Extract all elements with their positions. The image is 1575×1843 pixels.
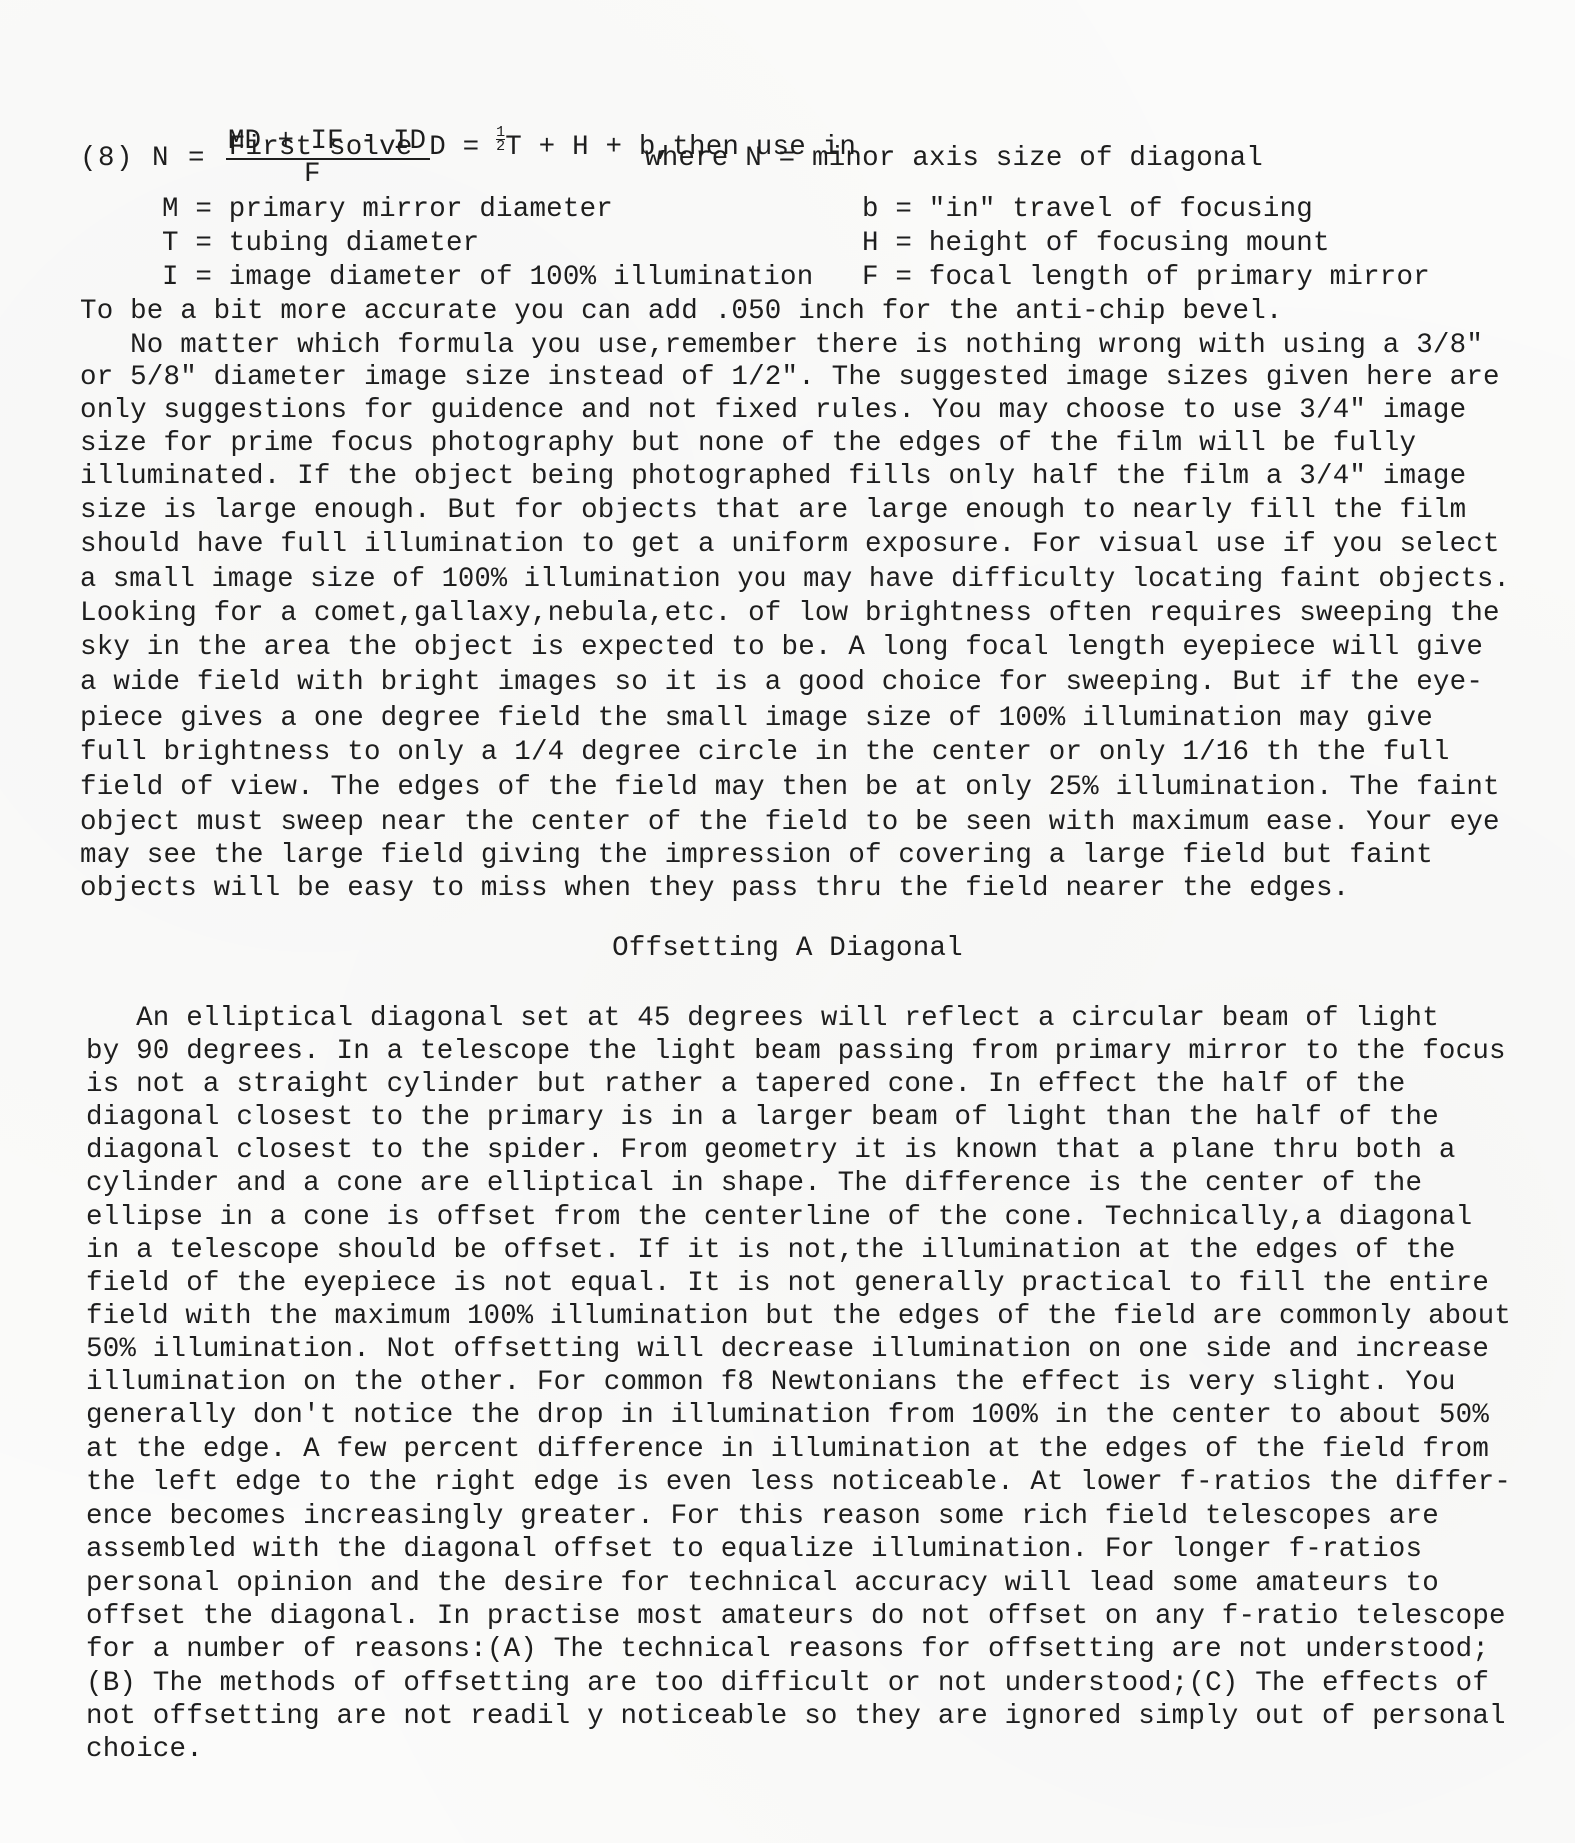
one-half-fraction: 12 [496,126,505,153]
paragraph-line: a wide field with bright images so it is… [80,667,1483,699]
paragraph-line: (B) The methods of offsetting are too di… [86,1668,1489,1700]
paragraph-line: An elliptical diagonal set at 45 degrees… [86,1003,1439,1035]
equation-where: where N = minor axis size of diagonal [645,143,1263,175]
paragraph-line: field with the maximum 100% illumination… [86,1301,1511,1333]
equation-numerator: MD + IF - ID [228,126,426,158]
paragraph-line: Looking for a comet,gallaxy,nebula,etc. … [80,598,1500,630]
definition-f: F = focal length of primary mirror [862,262,1430,294]
definition-i: I = image diameter of 100% illumination [162,262,813,294]
definition-m: M = primary mirror diameter [162,194,613,226]
paragraph-line: piece gives a one degree field the small… [80,703,1433,735]
paragraph-line: the left edge to the right edge is even … [86,1467,1511,1499]
paragraph-line: size for prime focus photography but non… [80,428,1416,460]
paragraph-line: ence becomes increasingly greater. For t… [86,1501,1439,1533]
paragraph-line: should have full illumination to get a u… [80,529,1500,561]
paragraph-line: full brightness to only a 1/4 degree cir… [80,737,1450,769]
paragraph-line: only suggestions for guidence and not fi… [80,395,1466,427]
paragraph-line: in a telescope should be offset. If it i… [86,1235,1456,1267]
paragraph-line: not offsetting are not readil y noticeab… [86,1701,1506,1733]
fraction-bar [226,158,430,160]
paragraph-line: ellipse in a cone is offset from the cen… [86,1202,1472,1234]
paragraph-line: may see the large field giving the impre… [80,840,1433,872]
paragraph-line: object must sweep near the center of the… [80,807,1500,839]
paragraph-line: field of the eyepiece is not equal. It i… [86,1268,1489,1300]
paragraph-line: choice. [86,1734,203,1766]
definition-h: H = height of focusing mount [862,228,1330,260]
paragraph-line: 50% illumination. Not offsetting will de… [86,1334,1489,1366]
paragraph-line: No matter which formula you use,remember… [80,330,1483,362]
paragraph-line: sky in the area the object is expected t… [80,632,1483,664]
definition-b: b = "in" travel of focusing [862,194,1313,226]
paragraph-line: personal opinion and the desire for tech… [86,1568,1439,1600]
paragraph-line: To be a bit more accurate you can add .0… [80,296,1283,328]
paragraph-line: a small image size of 100% illumination … [80,564,1510,596]
paragraph-line: size is large enough. But for objects th… [80,495,1466,527]
section-heading: Offsetting A Diagonal [0,933,1575,965]
definition-t: T = tubing diameter [162,228,479,260]
paragraph-line: for a number of reasons:(A) The technica… [86,1634,1489,1666]
paragraph-line: cylinder and a cone are elliptical in sh… [86,1168,1422,1200]
paragraph-line: illumination on the other. For common f8… [86,1367,1456,1399]
paragraph-line: offset the diagonal. In practise most am… [86,1601,1506,1633]
paragraph-line: objects will be easy to miss when they p… [80,873,1349,905]
paragraph-line: assembled with the diagonal offset to eq… [86,1534,1422,1566]
paragraph-line: field of view. The edges of the field ma… [80,772,1500,804]
paragraph-line: diagonal closest to the primary is in a … [86,1102,1439,1134]
paragraph-line: illuminated. If the object being photogr… [80,461,1466,493]
paragraph-line: is not a straight cylinder but rather a … [86,1069,1406,1101]
equation-denominator: F [304,159,321,191]
equation-label: (8) N = [80,143,206,175]
document-page: First solve D = 12T + H + b,then use in … [0,0,1575,1843]
paragraph-line: generally don't notice the drop in illum… [86,1400,1489,1432]
paragraph-line: or 5/8" diameter image size instead of 1… [80,362,1500,394]
paragraph-line: diagonal closest to the spider. From geo… [86,1135,1456,1167]
paragraph-line: at the edge. A few percent difference in… [86,1434,1489,1466]
paragraph-line: by 90 degrees. In a telescope the light … [86,1036,1506,1068]
